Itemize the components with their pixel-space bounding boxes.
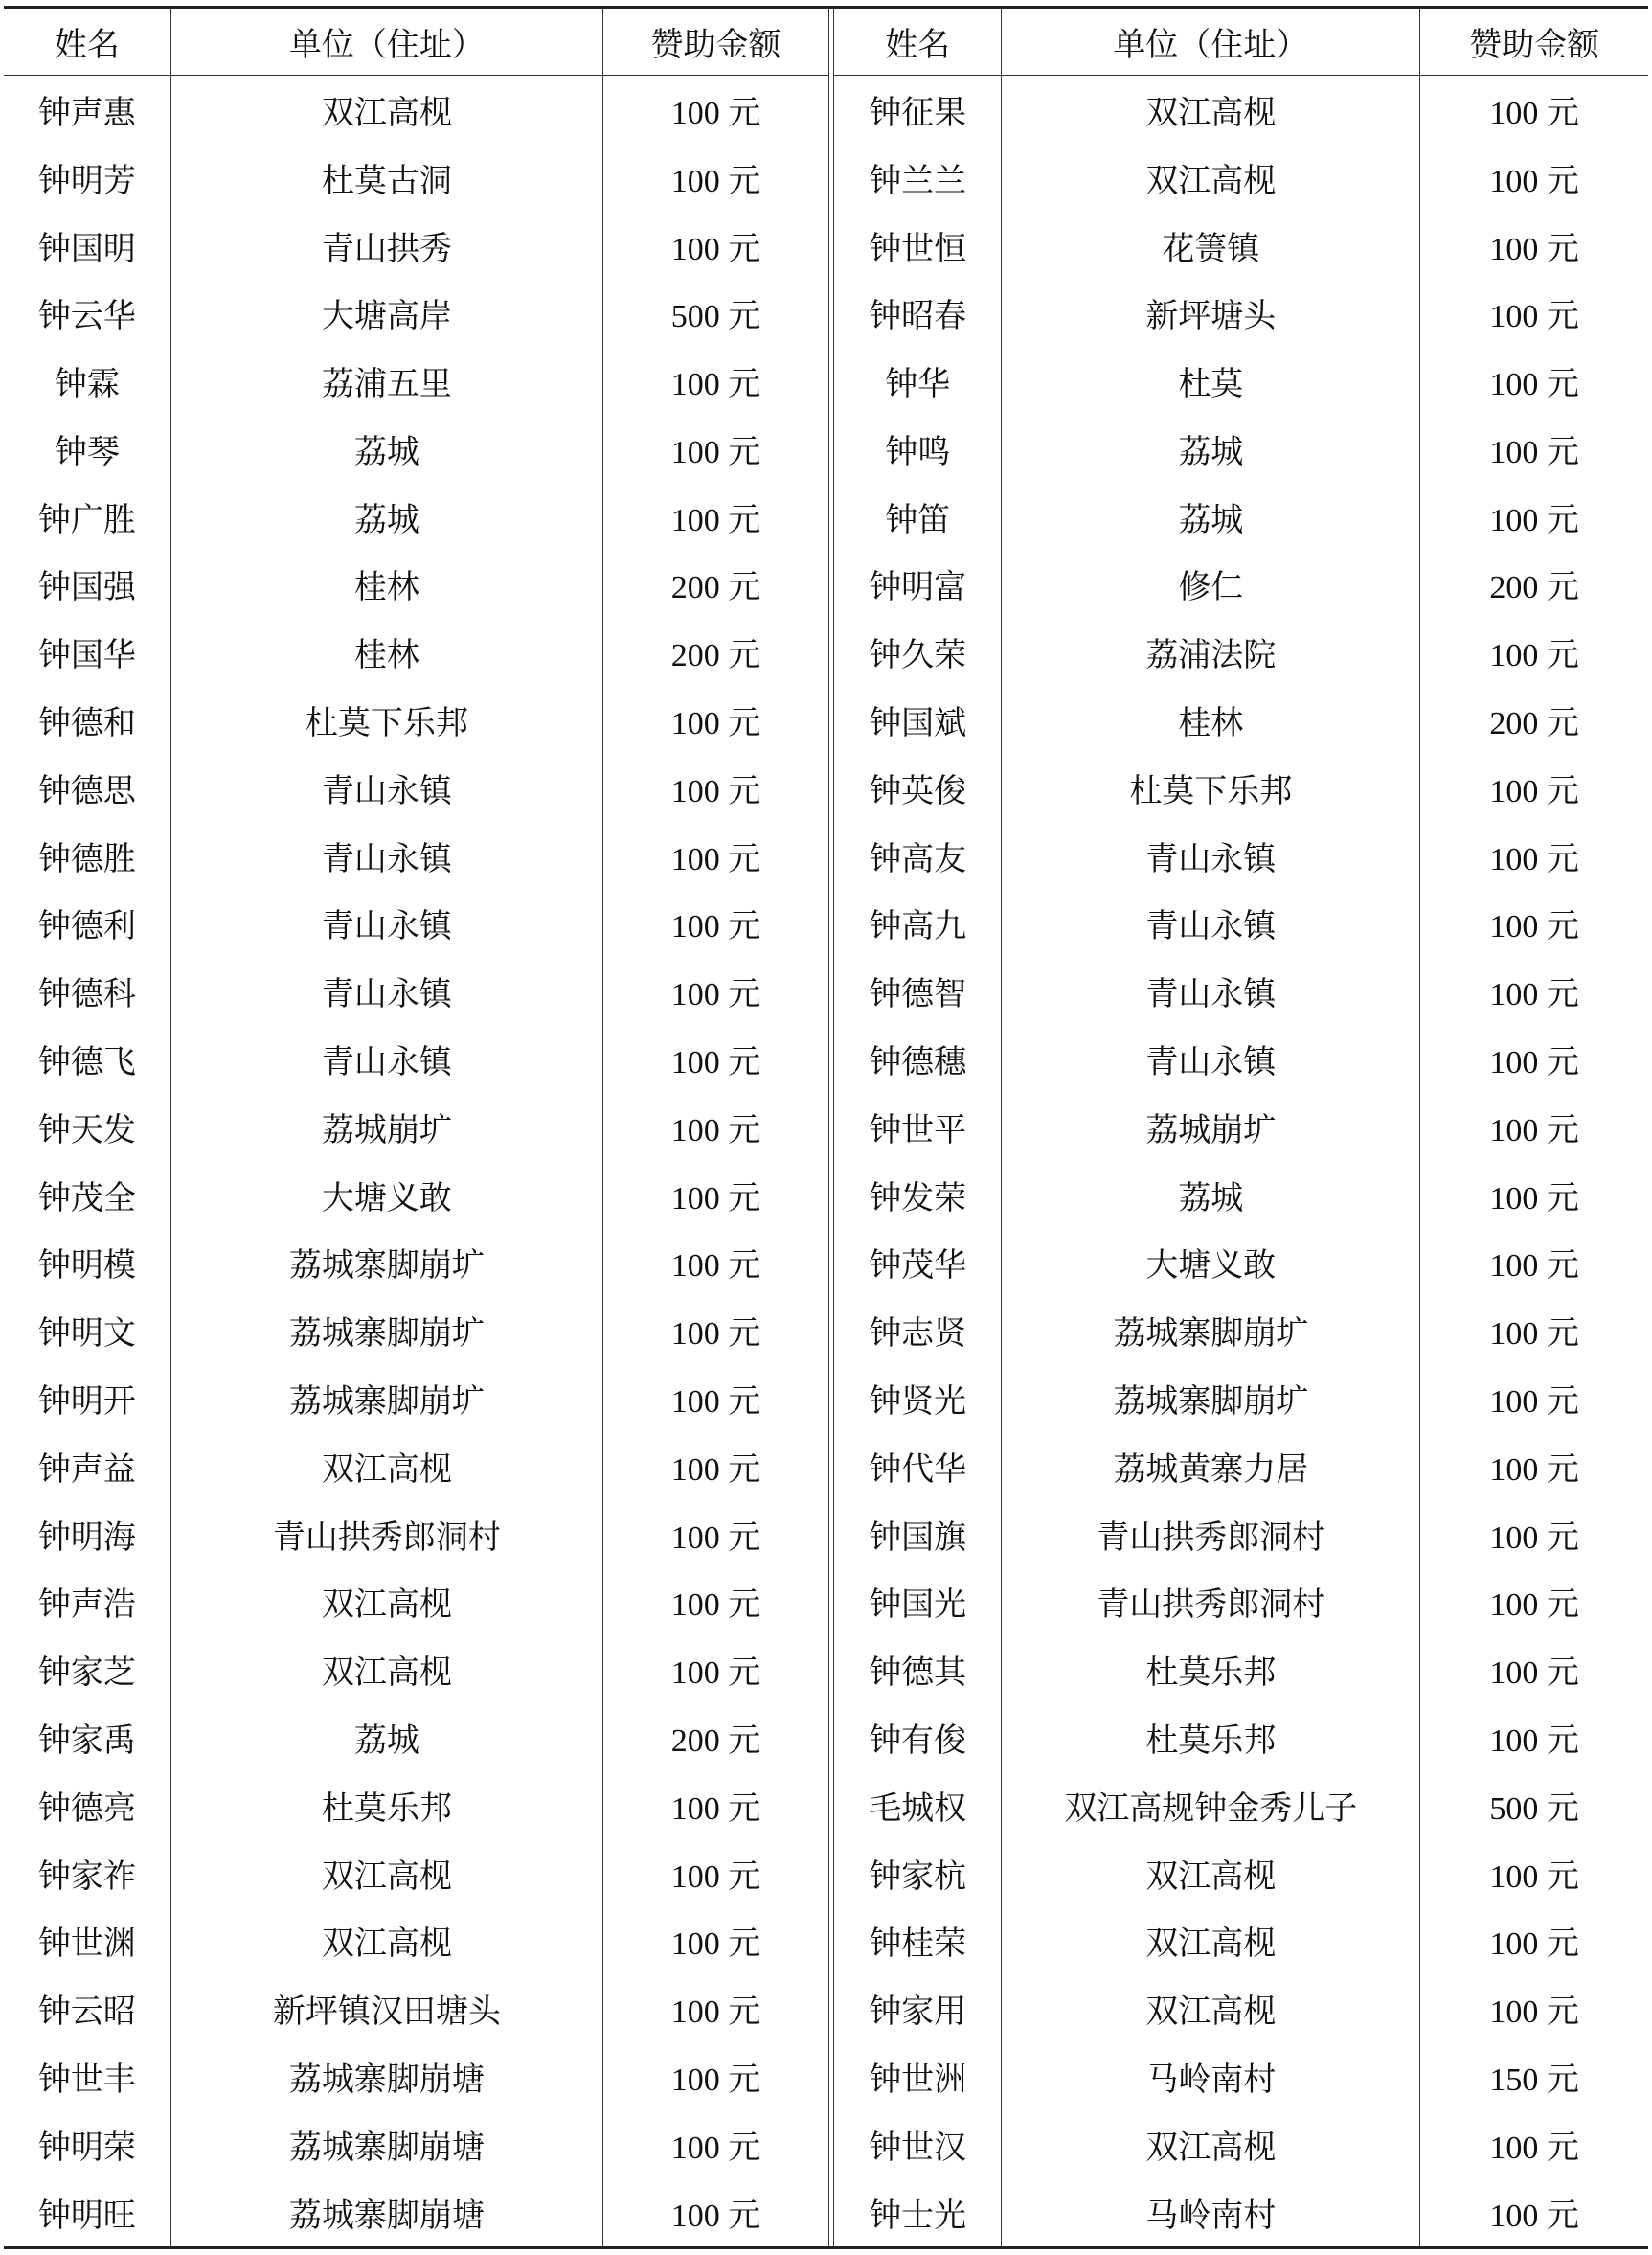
donation-amount: 100 元 bbox=[603, 890, 828, 958]
donor-address: 青山永镇 bbox=[1002, 822, 1420, 890]
donor-name: 钟征果 bbox=[834, 76, 1002, 144]
donation-amount: 100 元 bbox=[603, 2042, 828, 2110]
donation-tables: 姓名 单位（住址） 赞助金额 钟声惠双江高枧100 元钟明芳杜莫古洞100 元钟… bbox=[4, 9, 1648, 2246]
table-row: 钟明旺荔城寨脚崩塘100 元 bbox=[4, 2178, 828, 2246]
donor-address: 荔城 bbox=[170, 483, 602, 551]
donor-name: 钟世丰 bbox=[4, 2042, 170, 2110]
donor-address: 荔城寨脚崩圹 bbox=[170, 1364, 602, 1432]
donor-address: 青山拱秀 bbox=[170, 212, 602, 280]
header-name: 姓名 bbox=[834, 9, 1002, 76]
table-row: 钟声惠双江高枧100 元 bbox=[4, 76, 828, 144]
table-row: 钟德亮杜莫乐邦100 元 bbox=[4, 1771, 828, 1839]
donation-table-right: 姓名 单位（住址） 赞助金额 钟征果双江高枧100 元钟兰兰双江高枧100 元钟… bbox=[834, 9, 1648, 2246]
donor-name: 钟明荣 bbox=[4, 2110, 170, 2178]
donor-name: 钟德利 bbox=[4, 890, 170, 958]
donor-name: 钟云华 bbox=[4, 279, 170, 347]
donor-name: 钟鸣 bbox=[834, 415, 1002, 483]
table-row: 钟久荣荔浦法院100 元 bbox=[834, 618, 1648, 686]
donation-amount: 100 元 bbox=[603, 1839, 828, 1907]
table-row: 钟世恒花箦镇100 元 bbox=[834, 212, 1648, 280]
donation-amount: 100 元 bbox=[1420, 1229, 1648, 1297]
table-row: 钟云华大塘高岸500 元 bbox=[4, 279, 828, 347]
donor-name: 钟茂华 bbox=[834, 1229, 1002, 1297]
donor-name: 钟贤光 bbox=[834, 1364, 1002, 1432]
donation-amount: 150 元 bbox=[1420, 2042, 1648, 2110]
donor-address: 双江高枧 bbox=[1002, 144, 1420, 212]
donor-name: 钟华 bbox=[834, 347, 1002, 415]
donation-amount: 100 元 bbox=[1420, 1500, 1648, 1568]
donor-name: 钟世恒 bbox=[834, 212, 1002, 280]
donor-address: 双江高枧 bbox=[1002, 1907, 1420, 1975]
donation-amount: 500 元 bbox=[603, 279, 828, 347]
donation-amount: 100 元 bbox=[603, 1296, 828, 1364]
donor-name: 钟琴 bbox=[4, 415, 170, 483]
donor-name: 毛城权 bbox=[834, 1771, 1002, 1839]
table-row: 钟贤光荔城寨脚崩圹100 元 bbox=[834, 1364, 1648, 1432]
donation-amount: 100 元 bbox=[1420, 76, 1648, 144]
table-row: 钟明文荔城寨脚崩圹100 元 bbox=[4, 1296, 828, 1364]
table-row: 钟琴荔城100 元 bbox=[4, 415, 828, 483]
donor-name: 钟家禹 bbox=[4, 1703, 170, 1771]
donor-address: 荔浦法院 bbox=[1002, 618, 1420, 686]
donation-amount: 100 元 bbox=[603, 1500, 828, 1568]
table-body-left: 钟声惠双江高枧100 元钟明芳杜莫古洞100 元钟国明青山拱秀100 元钟云华大… bbox=[4, 76, 828, 2247]
donor-address: 荔城 bbox=[170, 415, 602, 483]
donor-address: 杜莫 bbox=[1002, 347, 1420, 415]
donor-name: 钟国明 bbox=[4, 212, 170, 280]
donor-name: 钟英俊 bbox=[834, 754, 1002, 822]
table-row: 钟霖荔浦五里100 元 bbox=[4, 347, 828, 415]
table-row: 钟家禹荔城200 元 bbox=[4, 1703, 828, 1771]
donor-address: 荔城 bbox=[170, 1703, 602, 1771]
donation-amount: 200 元 bbox=[603, 618, 828, 686]
donation-amount: 100 元 bbox=[1420, 347, 1648, 415]
donor-address: 双江高枧 bbox=[170, 1635, 602, 1703]
table-row: 钟天发荔城崩圹100 元 bbox=[4, 1093, 828, 1161]
donation-amount: 100 元 bbox=[603, 754, 828, 822]
table-row: 钟有俊杜莫乐邦100 元 bbox=[834, 1703, 1648, 1771]
donor-name: 钟霖 bbox=[4, 347, 170, 415]
donor-address: 双江高枧 bbox=[170, 1432, 602, 1500]
donor-address: 荔浦五里 bbox=[170, 347, 602, 415]
donor-name: 钟声惠 bbox=[4, 76, 170, 144]
table-row: 钟兰兰双江高枧100 元 bbox=[834, 144, 1648, 212]
donor-name: 钟士光 bbox=[834, 2178, 1002, 2246]
donor-name: 钟家芝 bbox=[4, 1635, 170, 1703]
table-row: 钟茂全大塘义敢100 元 bbox=[4, 1161, 828, 1229]
donation-amount: 100 元 bbox=[1420, 754, 1648, 822]
table-row: 钟声益双江高枧100 元 bbox=[4, 1432, 828, 1500]
donor-address: 新坪镇汉田塘头 bbox=[170, 1974, 602, 2042]
table-row: 钟华杜莫100 元 bbox=[834, 347, 1648, 415]
donor-address: 花箦镇 bbox=[1002, 212, 1420, 280]
donation-amount: 100 元 bbox=[603, 1771, 828, 1839]
donation-amount: 100 元 bbox=[1420, 1839, 1648, 1907]
donation-amount: 100 元 bbox=[603, 1635, 828, 1703]
donation-amount: 100 元 bbox=[603, 1229, 828, 1297]
donor-name: 钟明开 bbox=[4, 1364, 170, 1432]
donor-name: 钟昭春 bbox=[834, 279, 1002, 347]
donation-amount: 100 元 bbox=[1420, 1025, 1648, 1093]
donation-amount: 100 元 bbox=[603, 347, 828, 415]
table-row: 钟家祚双江高枧100 元 bbox=[4, 1839, 828, 1907]
table-row: 钟世洲马岭南村150 元 bbox=[834, 2042, 1648, 2110]
table-body-right: 钟征果双江高枧100 元钟兰兰双江高枧100 元钟世恒花箦镇100 元钟昭春新坪… bbox=[834, 76, 1648, 2247]
donor-name: 钟国旗 bbox=[834, 1500, 1002, 1568]
table-row: 钟德和杜莫下乐邦100 元 bbox=[4, 686, 828, 754]
table-row: 钟茂华大塘义敢100 元 bbox=[834, 1229, 1648, 1297]
table-row: 钟家芝双江高枧100 元 bbox=[4, 1635, 828, 1703]
donor-name: 钟广胜 bbox=[4, 483, 170, 551]
table-row: 钟英俊杜莫下乐邦100 元 bbox=[834, 754, 1648, 822]
donation-amount: 100 元 bbox=[1420, 483, 1648, 551]
donor-name: 钟代华 bbox=[834, 1432, 1002, 1500]
donation-amount: 100 元 bbox=[603, 686, 828, 754]
donor-address: 青山永镇 bbox=[1002, 890, 1420, 958]
table-row: 钟志贤荔城寨脚崩圹100 元 bbox=[834, 1296, 1648, 1364]
header-name: 姓名 bbox=[4, 9, 170, 76]
donation-amount: 100 元 bbox=[603, 415, 828, 483]
table-row: 钟昭春新坪塘头100 元 bbox=[834, 279, 1648, 347]
donor-address: 荔城崩圹 bbox=[170, 1093, 602, 1161]
table-row: 钟征果双江高枧100 元 bbox=[834, 76, 1648, 144]
table-row: 钟明富修仁200 元 bbox=[834, 551, 1648, 619]
table-row: 钟高友青山永镇100 元 bbox=[834, 822, 1648, 890]
donor-address: 杜莫古洞 bbox=[170, 144, 602, 212]
donor-name: 钟世渊 bbox=[4, 1907, 170, 1975]
donor-name: 钟德胜 bbox=[4, 822, 170, 890]
table-row: 钟国斌桂林200 元 bbox=[834, 686, 1648, 754]
donor-name: 钟声浩 bbox=[4, 1568, 170, 1636]
donor-address: 双江高枧 bbox=[170, 1568, 602, 1636]
donor-name: 钟声益 bbox=[4, 1432, 170, 1500]
donor-address: 荔城崩圹 bbox=[1002, 1093, 1420, 1161]
donor-address: 双江高枧 bbox=[1002, 76, 1420, 144]
donation-amount: 200 元 bbox=[1420, 551, 1648, 619]
donor-name: 钟家用 bbox=[834, 1974, 1002, 2042]
donor-name: 钟兰兰 bbox=[834, 144, 1002, 212]
donor-address: 杜莫下乐邦 bbox=[1002, 754, 1420, 822]
donor-address: 杜莫乐邦 bbox=[170, 1771, 602, 1839]
donor-address: 荔城寨脚崩圹 bbox=[1002, 1364, 1420, 1432]
donor-name: 钟发荣 bbox=[834, 1161, 1002, 1229]
donor-address: 桂林 bbox=[170, 551, 602, 619]
donor-name: 钟世汉 bbox=[834, 2110, 1002, 2178]
donor-name: 钟德穗 bbox=[834, 1025, 1002, 1093]
donor-address: 青山永镇 bbox=[170, 890, 602, 958]
table-row: 钟德利青山永镇100 元 bbox=[4, 890, 828, 958]
table-row: 钟家杭双江高枧100 元 bbox=[834, 1839, 1648, 1907]
donor-address: 双江高枧 bbox=[170, 1839, 602, 1907]
table-row: 钟世渊双江高枧100 元 bbox=[4, 1907, 828, 1975]
donation-amount: 100 元 bbox=[603, 1974, 828, 2042]
donor-name: 钟国强 bbox=[4, 551, 170, 619]
table-row: 钟世汉双江高枧100 元 bbox=[834, 2110, 1648, 2178]
donation-amount: 100 元 bbox=[603, 1161, 828, 1229]
donation-amount: 100 元 bbox=[1420, 1907, 1648, 1975]
table-row: 钟发荣荔城100 元 bbox=[834, 1161, 1648, 1229]
donation-amount: 100 元 bbox=[1420, 144, 1648, 212]
donation-amount: 100 元 bbox=[1420, 1432, 1648, 1500]
table-row: 钟云昭新坪镇汉田塘头100 元 bbox=[4, 1974, 828, 2042]
donation-amount: 100 元 bbox=[1420, 618, 1648, 686]
donor-name: 钟德飞 bbox=[4, 1025, 170, 1093]
donor-address: 荔城 bbox=[1002, 483, 1420, 551]
donor-name: 钟高友 bbox=[834, 822, 1002, 890]
donor-name: 钟国华 bbox=[4, 618, 170, 686]
donor-name: 钟国光 bbox=[834, 1568, 1002, 1636]
donor-address: 杜莫乐邦 bbox=[1002, 1635, 1420, 1703]
donation-amount: 100 元 bbox=[1420, 2178, 1648, 2246]
donor-address: 马岭南村 bbox=[1002, 2178, 1420, 2246]
donor-address: 青山拱秀郎洞村 bbox=[1002, 1500, 1420, 1568]
table-row: 钟德智青山永镇100 元 bbox=[834, 957, 1648, 1025]
donor-address: 荔城寨脚崩塘 bbox=[170, 2042, 602, 2110]
donor-address: 马岭南村 bbox=[1002, 2042, 1420, 2110]
table-row: 钟广胜荔城100 元 bbox=[4, 483, 828, 551]
donor-name: 钟明富 bbox=[834, 551, 1002, 619]
donor-address: 双江高规钟金秀儿子 bbox=[1002, 1771, 1420, 1839]
donation-amount: 100 元 bbox=[603, 212, 828, 280]
donation-amount: 100 元 bbox=[1420, 279, 1648, 347]
table-row: 钟德其杜莫乐邦100 元 bbox=[834, 1635, 1648, 1703]
table-row: 钟德穗青山永镇100 元 bbox=[834, 1025, 1648, 1093]
donation-amount: 200 元 bbox=[603, 551, 828, 619]
donor-name: 钟笛 bbox=[834, 483, 1002, 551]
donation-amount: 100 元 bbox=[603, 1907, 828, 1975]
table-row: 钟德科青山永镇100 元 bbox=[4, 957, 828, 1025]
table-row: 钟世平荔城崩圹100 元 bbox=[834, 1093, 1648, 1161]
donor-name: 钟德和 bbox=[4, 686, 170, 754]
table-row: 钟家用双江高枧100 元 bbox=[834, 1974, 1648, 2042]
table-row: 钟明芳杜莫古洞100 元 bbox=[4, 144, 828, 212]
donor-address: 荔城黄寨力居 bbox=[1002, 1432, 1420, 1500]
donation-amount: 100 元 bbox=[603, 957, 828, 1025]
table-row: 钟桂荣双江高枧100 元 bbox=[834, 1907, 1648, 1975]
table-row: 钟国强桂林200 元 bbox=[4, 551, 828, 619]
table-row: 钟明开荔城寨脚崩圹100 元 bbox=[4, 1364, 828, 1432]
donor-address: 荔城 bbox=[1002, 415, 1420, 483]
donation-amount: 100 元 bbox=[1420, 1703, 1648, 1771]
donor-name: 钟世洲 bbox=[834, 2042, 1002, 2110]
table-row: 钟声浩双江高枧100 元 bbox=[4, 1568, 828, 1636]
table-header-row: 姓名 单位（住址） 赞助金额 bbox=[4, 9, 828, 76]
donor-address: 杜莫下乐邦 bbox=[170, 686, 602, 754]
donor-address: 桂林 bbox=[1002, 686, 1420, 754]
donor-name: 钟志贤 bbox=[834, 1296, 1002, 1364]
donation-amount: 100 元 bbox=[1420, 415, 1648, 483]
donor-name: 钟云昭 bbox=[4, 1974, 170, 2042]
donation-amount: 100 元 bbox=[1420, 822, 1648, 890]
donor-address: 青山永镇 bbox=[170, 1025, 602, 1093]
table-bottom-rule bbox=[4, 2246, 1648, 2249]
donation-amount: 100 元 bbox=[603, 1025, 828, 1093]
table-row: 钟高九青山永镇100 元 bbox=[834, 890, 1648, 958]
donor-address: 青山拱秀郎洞村 bbox=[1002, 1568, 1420, 1636]
table-row: 钟明海青山拱秀郎洞村100 元 bbox=[4, 1500, 828, 1568]
table-row: 钟代华荔城黄寨力居100 元 bbox=[834, 1432, 1648, 1500]
donor-address: 双江高枧 bbox=[170, 1907, 602, 1975]
table-row: 钟明模荔城寨脚崩圹100 元 bbox=[4, 1229, 828, 1297]
donor-address: 青山永镇 bbox=[1002, 957, 1420, 1025]
donation-amount: 100 元 bbox=[1420, 2110, 1648, 2178]
donor-address: 双江高枧 bbox=[1002, 1839, 1420, 1907]
donation-amount: 100 元 bbox=[603, 1364, 828, 1432]
donation-amount: 100 元 bbox=[603, 76, 828, 144]
donor-name: 钟明模 bbox=[4, 1229, 170, 1297]
donor-address: 荔城寨脚崩圹 bbox=[170, 1229, 602, 1297]
table-row: 毛城权双江高规钟金秀儿子500 元 bbox=[834, 1771, 1648, 1839]
donation-amount: 200 元 bbox=[1420, 686, 1648, 754]
donor-name: 钟天发 bbox=[4, 1093, 170, 1161]
donation-amount: 100 元 bbox=[1420, 890, 1648, 958]
donation-amount: 100 元 bbox=[1420, 1635, 1648, 1703]
donor-name: 钟德其 bbox=[834, 1635, 1002, 1703]
donation-amount: 100 元 bbox=[1420, 1093, 1648, 1161]
donation-amount: 100 元 bbox=[1420, 1974, 1648, 2042]
donation-amount: 100 元 bbox=[1420, 212, 1648, 280]
donor-address: 杜莫乐邦 bbox=[1002, 1703, 1420, 1771]
donation-table-left: 姓名 单位（住址） 赞助金额 钟声惠双江高枧100 元钟明芳杜莫古洞100 元钟… bbox=[4, 9, 828, 2246]
donor-name: 钟德科 bbox=[4, 957, 170, 1025]
donor-address: 新坪塘头 bbox=[1002, 279, 1420, 347]
table-row: 钟国旗青山拱秀郎洞村100 元 bbox=[834, 1500, 1648, 1568]
donation-amount: 100 元 bbox=[1420, 1364, 1648, 1432]
donor-address: 修仁 bbox=[1002, 551, 1420, 619]
donor-address: 荔城寨脚崩塘 bbox=[170, 2178, 602, 2246]
donor-name: 钟高九 bbox=[834, 890, 1002, 958]
donation-amount: 500 元 bbox=[1420, 1771, 1648, 1839]
table-row: 钟德思青山永镇100 元 bbox=[4, 754, 828, 822]
table-row: 钟德飞青山永镇100 元 bbox=[4, 1025, 828, 1093]
donor-name: 钟德亮 bbox=[4, 1771, 170, 1839]
donation-amount: 100 元 bbox=[1420, 1161, 1648, 1229]
donation-amount: 100 元 bbox=[603, 822, 828, 890]
donor-name: 钟有俊 bbox=[834, 1703, 1002, 1771]
table-row: 钟国明青山拱秀100 元 bbox=[4, 212, 828, 280]
header-address: 单位（住址） bbox=[170, 9, 602, 76]
donation-amount: 100 元 bbox=[603, 1568, 828, 1636]
donor-name: 钟家祚 bbox=[4, 1839, 170, 1907]
donor-name: 钟明文 bbox=[4, 1296, 170, 1364]
donation-amount: 200 元 bbox=[603, 1703, 828, 1771]
table-row: 钟士光马岭南村100 元 bbox=[834, 2178, 1648, 2246]
donor-name: 钟明海 bbox=[4, 1500, 170, 1568]
donor-name: 钟明芳 bbox=[4, 144, 170, 212]
donor-address: 桂林 bbox=[170, 618, 602, 686]
table-row: 钟世丰荔城寨脚崩塘100 元 bbox=[4, 2042, 828, 2110]
donation-amount: 100 元 bbox=[603, 144, 828, 212]
header-address: 单位（住址） bbox=[1002, 9, 1420, 76]
header-amount: 赞助金额 bbox=[1420, 9, 1648, 76]
donor-address: 大塘义敢 bbox=[1002, 1229, 1420, 1297]
donor-name: 钟桂荣 bbox=[834, 1907, 1002, 1975]
donation-amount: 100 元 bbox=[603, 2110, 828, 2178]
donation-amount: 100 元 bbox=[603, 2178, 828, 2246]
donor-name: 钟久荣 bbox=[834, 618, 1002, 686]
donor-name: 钟国斌 bbox=[834, 686, 1002, 754]
donation-amount: 100 元 bbox=[603, 1432, 828, 1500]
donation-amount: 100 元 bbox=[1420, 1296, 1648, 1364]
donor-address: 荔城寨脚崩圹 bbox=[1002, 1296, 1420, 1364]
table-row: 钟国华桂林200 元 bbox=[4, 618, 828, 686]
donor-address: 双江高枧 bbox=[1002, 2110, 1420, 2178]
table-header-row: 姓名 单位（住址） 赞助金额 bbox=[834, 9, 1648, 76]
donor-address: 青山永镇 bbox=[170, 957, 602, 1025]
donor-address: 青山永镇 bbox=[170, 822, 602, 890]
donor-name: 钟德思 bbox=[4, 754, 170, 822]
table-row: 钟国光青山拱秀郎洞村100 元 bbox=[834, 1568, 1648, 1636]
donor-address: 大塘义敢 bbox=[170, 1161, 602, 1229]
donor-address: 双江高枧 bbox=[1002, 1974, 1420, 2042]
donor-name: 钟茂全 bbox=[4, 1161, 170, 1229]
donor-name: 钟德智 bbox=[834, 957, 1002, 1025]
donor-address: 大塘高岸 bbox=[170, 279, 602, 347]
donor-address: 青山拱秀郎洞村 bbox=[170, 1500, 602, 1568]
table-row: 钟德胜青山永镇100 元 bbox=[4, 822, 828, 890]
donor-address: 青山永镇 bbox=[1002, 1025, 1420, 1093]
donor-address: 荔城寨脚崩塘 bbox=[170, 2110, 602, 2178]
table-row: 钟笛荔城100 元 bbox=[834, 483, 1648, 551]
donor-name: 钟世平 bbox=[834, 1093, 1002, 1161]
header-amount: 赞助金额 bbox=[603, 9, 828, 76]
donor-name: 钟家杭 bbox=[834, 1839, 1002, 1907]
donation-amount: 100 元 bbox=[603, 1093, 828, 1161]
donor-name: 钟明旺 bbox=[4, 2178, 170, 2246]
donation-amount: 100 元 bbox=[1420, 957, 1648, 1025]
donor-address: 双江高枧 bbox=[170, 76, 602, 144]
donation-amount: 100 元 bbox=[1420, 1568, 1648, 1636]
table-row: 钟明荣荔城寨脚崩塘100 元 bbox=[4, 2110, 828, 2178]
donor-address: 荔城寨脚崩圹 bbox=[170, 1296, 602, 1364]
donor-address: 荔城 bbox=[1002, 1161, 1420, 1229]
donation-amount: 100 元 bbox=[603, 483, 828, 551]
donor-address: 青山永镇 bbox=[170, 754, 602, 822]
table-row: 钟鸣荔城100 元 bbox=[834, 415, 1648, 483]
